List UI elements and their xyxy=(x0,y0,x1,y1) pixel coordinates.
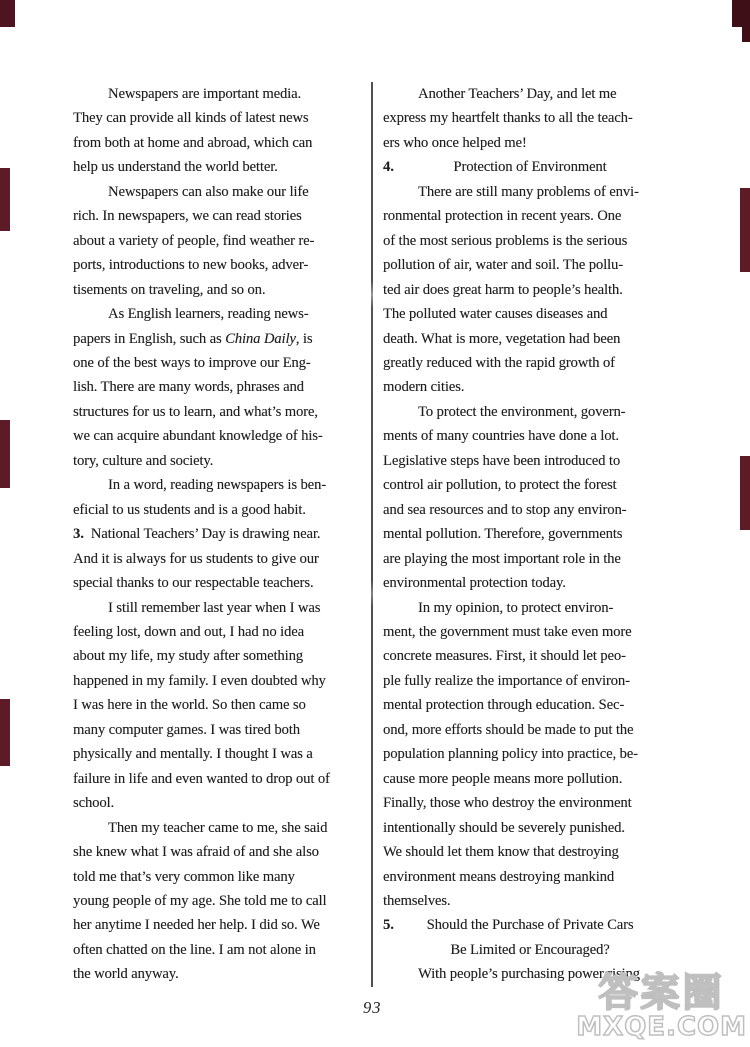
text-line: Newspapers can also make our life xyxy=(73,180,365,204)
text-line: greatly reduced with the rapid growth of xyxy=(383,351,677,375)
text-line: The polluted water causes diseases and xyxy=(383,302,677,326)
text-line: We should let them know that destroying xyxy=(383,840,677,864)
text-line: intentionally should be severely punishe… xyxy=(383,816,677,840)
item-number: 3. xyxy=(73,526,84,542)
text-line: are playing the most important role in t… xyxy=(383,547,677,571)
text-line: many computer games. I was tired both xyxy=(73,718,365,742)
text-line: I was here in the world. So then came so xyxy=(73,693,365,717)
paragraph: In my opinion, to protect environ-ment, … xyxy=(383,596,677,914)
text-line: about a variety of people, find weather … xyxy=(73,229,365,253)
text-line: I still remember last year when I was xyxy=(73,596,365,620)
section-number: 5. xyxy=(383,913,394,937)
text-line: modern cities. xyxy=(383,375,677,399)
text-line: Legislative steps have been introduced t… xyxy=(383,449,677,473)
text-line: ers who once helped me! xyxy=(383,131,677,155)
text-line: To protect the environment, govern- xyxy=(383,400,677,424)
text-span: papers in English, such as xyxy=(73,331,225,347)
text-line: feeling lost, down and out, I had no ide… xyxy=(73,620,365,644)
text-span: , is xyxy=(296,331,313,347)
text-line: special thanks to our respectable teache… xyxy=(73,571,365,595)
text-line: from both at home and abroad, which can xyxy=(73,131,365,155)
paragraph: There are still many problems of envi-ro… xyxy=(383,180,677,400)
scan-mark xyxy=(740,456,750,530)
text-line: physically and mentally. I thought I was… xyxy=(73,742,365,766)
text-line: pollution of air, water and soil. The po… xyxy=(383,253,677,277)
text-line: environmental protection today. xyxy=(383,571,677,595)
right-column: Another Teachers’ Day, and let meexpress… xyxy=(383,82,677,987)
paragraph-continued: one of the best ways to improve our Eng-… xyxy=(73,351,365,473)
text-line: lish. There are many words, phrases and xyxy=(73,375,365,399)
text-line: failure in life and even wanted to drop … xyxy=(73,767,365,791)
text-line: ted air does great harm to people’s heal… xyxy=(383,278,677,302)
text-line: eficial to us students and is a good hab… xyxy=(73,498,365,522)
text-line: In a word, reading newspapers is ben- xyxy=(73,473,365,497)
text-line: Finally, those who destroy the environme… xyxy=(383,791,677,815)
scan-mark xyxy=(0,699,10,766)
text-line: one of the best ways to improve our Eng- xyxy=(73,351,365,375)
text-line: ronmental protection in recent years. On… xyxy=(383,204,677,228)
section-title-line2: Be Limited or Encouraged? xyxy=(383,938,677,962)
text-line: young people of my age. She told me to c… xyxy=(73,889,365,913)
text-line: often chatted on the line. I am not alon… xyxy=(73,938,365,962)
text-line: Then my teacher came to me, she said xyxy=(73,816,365,840)
text-line: her anytime I needed her help. I did so.… xyxy=(73,913,365,937)
item-number-line: 3.National Teachers’ Day is drawing near… xyxy=(73,522,365,546)
text-line: ple fully realize the importance of envi… xyxy=(383,669,677,693)
section-title: Protection of Environment xyxy=(453,159,606,175)
scan-mark xyxy=(0,420,10,488)
text-line: we can acquire abundant knowledge of his… xyxy=(73,424,365,448)
text-line: As English learners, reading news- xyxy=(73,302,365,326)
paragraph: Newspapers are important media.They can … xyxy=(73,82,365,180)
scan-mark xyxy=(0,168,10,231)
text-line: mental protection through education. Sec… xyxy=(383,693,677,717)
text-line: she knew what I was afraid of and she al… xyxy=(73,840,365,864)
text-line: rich. In newspapers, we can read stories xyxy=(73,204,365,228)
text-line: tisements on traveling, and so on. xyxy=(73,278,365,302)
paragraph: In a word, reading newspapers is ben-efi… xyxy=(73,473,365,522)
text-line: tory, culture and society. xyxy=(73,449,365,473)
watermark-site-url: MXQE.COM xyxy=(576,1013,747,1042)
text-line: papers in English, such as China Daily, … xyxy=(73,327,365,351)
item-3: 3.National Teachers’ Day is drawing near… xyxy=(73,522,365,595)
text-line: environment means destroying mankind xyxy=(383,865,677,889)
paragraph: Newspapers can also make our liferich. I… xyxy=(73,180,365,302)
text-line: structures for us to learn, and what’s m… xyxy=(73,400,365,424)
scan-mark xyxy=(742,27,750,42)
section-title: Should the Purchase of Private Cars xyxy=(427,917,634,933)
paragraph: I still remember last year when I wasfee… xyxy=(73,596,365,816)
text-line: told me that’s very common like many xyxy=(73,865,365,889)
text-line: express my heartfelt thanks to all the t… xyxy=(383,106,677,130)
scan-mark xyxy=(0,0,15,27)
text-line: school. xyxy=(73,791,365,815)
left-column: Newspapers are important media.They can … xyxy=(73,82,365,987)
text-line: They can provide all kinds of latest new… xyxy=(73,106,365,130)
text-line: Another Teachers’ Day, and let me xyxy=(383,82,677,106)
page-number: 93 xyxy=(363,998,382,1018)
text-line: In my opinion, to protect environ- xyxy=(383,596,677,620)
book-title-italic: China Daily xyxy=(225,331,296,347)
text-line: ment, the government must take even more xyxy=(383,620,677,644)
watermark: 答案圈 MXQE.COM xyxy=(576,974,747,1042)
text-line: ports, introductions to new books, adver… xyxy=(73,253,365,277)
text-line: Newspapers are important media. xyxy=(73,82,365,106)
section-heading-4: 4.Protection of Environment xyxy=(383,155,677,179)
text-line: the world anyway. xyxy=(73,962,365,986)
text-line: and sea resources and to stop any enviro… xyxy=(383,498,677,522)
text-line: mental pollution. Therefore, governments xyxy=(383,522,677,546)
text-span: National Teachers’ Day is drawing near. xyxy=(91,526,321,542)
paragraph: Then my teacher came to me, she saidshe … xyxy=(73,816,365,987)
scanned-book-page: Newspapers are important media.They can … xyxy=(0,0,750,1047)
paragraph: To protect the environment, govern-ments… xyxy=(383,400,677,596)
text-line: concrete measures. First, it should let … xyxy=(383,644,677,668)
text-line: control air pollution, to protect the fo… xyxy=(383,473,677,497)
text-line: death. What is more, vegetation had been xyxy=(383,327,677,351)
section-number: 4. xyxy=(383,155,394,179)
text-line: cause more people means more pollution. xyxy=(383,767,677,791)
text-line: help us understand the world better. xyxy=(73,155,365,179)
text-line: happened in my family. I even doubted wh… xyxy=(73,669,365,693)
paragraph-continued: And it is always for us students to give… xyxy=(73,547,365,596)
text-line: There are still many problems of envi- xyxy=(383,180,677,204)
section-heading-5: 5.Should the Purchase of Private Cars xyxy=(383,913,677,937)
watermark-logo: 答案圈 xyxy=(576,974,747,1013)
text-line: ments of many countries have done a lot. xyxy=(383,424,677,448)
text-line: population planning policy into practice… xyxy=(383,742,677,766)
paragraph: Another Teachers’ Day, and let meexpress… xyxy=(383,82,677,155)
text-line: about my life, my study after something xyxy=(73,644,365,668)
scan-mark xyxy=(740,188,750,272)
text-line: And it is always for us students to give… xyxy=(73,547,365,571)
text-line: ond, more efforts should be made to put … xyxy=(383,718,677,742)
paragraph: As English learners, reading news- paper… xyxy=(73,302,365,473)
text-line: themselves. xyxy=(383,889,677,913)
column-divider-rule xyxy=(371,82,373,987)
text-line: of the most serious problems is the seri… xyxy=(383,229,677,253)
scan-mark xyxy=(732,0,750,27)
